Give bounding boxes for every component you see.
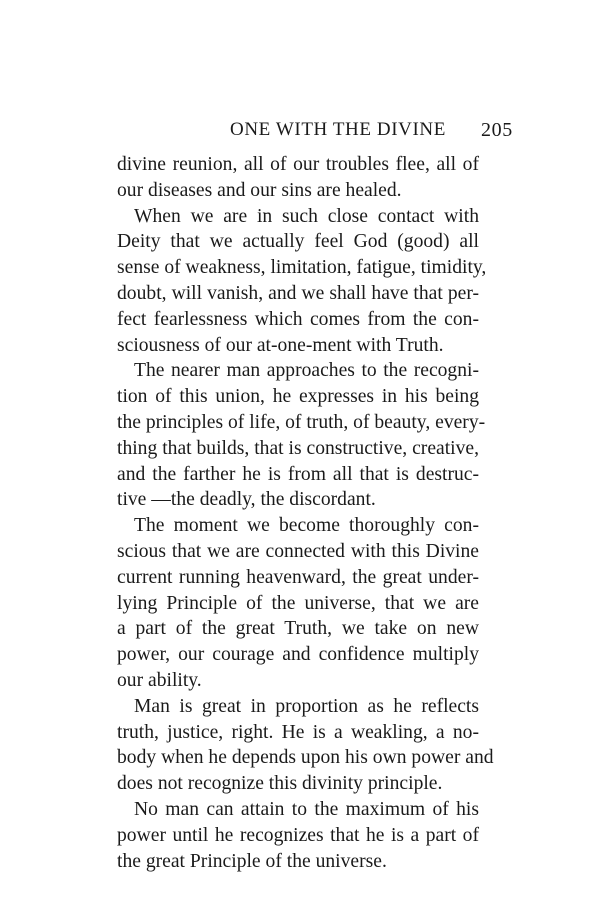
- text-line: power until he recognizes that he is a p…: [117, 823, 479, 849]
- text-line: our diseases and our sins are healed.: [117, 178, 479, 204]
- text-line: scious that we are connected with this D…: [117, 539, 479, 565]
- paragraph: The moment we become thoroughly con-scio…: [117, 513, 479, 694]
- text-line: sciousness of our at-one-ment with Truth…: [117, 333, 479, 359]
- book-page: ONE WITH THE DIVINE 205 divine reunion, …: [0, 0, 600, 902]
- text-line: divine reunion, all of our troubles flee…: [117, 152, 479, 178]
- body-text: divine reunion, all of our troubles flee…: [117, 152, 479, 874]
- text-line: When we are in such close contact with: [117, 204, 479, 230]
- text-line: sense of weakness, limitation, fatigue, …: [117, 255, 479, 281]
- text-line: and the farther he is from all that is d…: [117, 462, 479, 488]
- page-number: 205: [481, 119, 513, 141]
- text-line: fect fearlessness which comes from the c…: [117, 307, 479, 333]
- text-line: power, our courage and confidence multip…: [117, 642, 479, 668]
- paragraph: Man is great in proportion as he reflect…: [117, 694, 479, 797]
- paragraph: The nearer man approaches to the recogni…: [117, 358, 479, 513]
- paragraph: divine reunion, all of our troubles flee…: [117, 152, 479, 204]
- text-line: Man is great in proportion as he reflect…: [117, 694, 479, 720]
- text-line: thing that builds, that is constructive,…: [117, 436, 479, 462]
- text-line: lying Principle of the universe, that we…: [117, 591, 479, 617]
- text-line: Deity that we actually feel God (good) a…: [117, 229, 479, 255]
- text-line: current running heavenward, the great un…: [117, 565, 479, 591]
- text-line: a part of the great Truth, we take on ne…: [117, 616, 479, 642]
- paragraph: When we are in such close contact withDe…: [117, 204, 479, 359]
- text-line: tion of this union, he expresses in his …: [117, 384, 479, 410]
- text-line: No man can attain to the maximum of his: [117, 797, 479, 823]
- text-line: The moment we become thoroughly con-: [117, 513, 479, 539]
- text-line: doubt, will vanish, and we shall have th…: [117, 281, 479, 307]
- paragraph: No man can attain to the maximum of hisp…: [117, 797, 479, 874]
- text-line: body when he depends upon his own power …: [117, 745, 479, 771]
- text-line: the principles of life, of truth, of bea…: [117, 410, 479, 436]
- text-line: does not recognize this divinity princip…: [117, 771, 479, 797]
- text-line: our ability.: [117, 668, 479, 694]
- text-line: tive —the deadly, the discordant.: [117, 487, 479, 513]
- text-line: The nearer man approaches to the recogni…: [117, 358, 479, 384]
- running-title: ONE WITH THE DIVINE: [230, 119, 446, 141]
- text-line: the great Principle of the universe.: [117, 849, 479, 875]
- text-line: truth, justice, right. He is a weakling,…: [117, 720, 479, 746]
